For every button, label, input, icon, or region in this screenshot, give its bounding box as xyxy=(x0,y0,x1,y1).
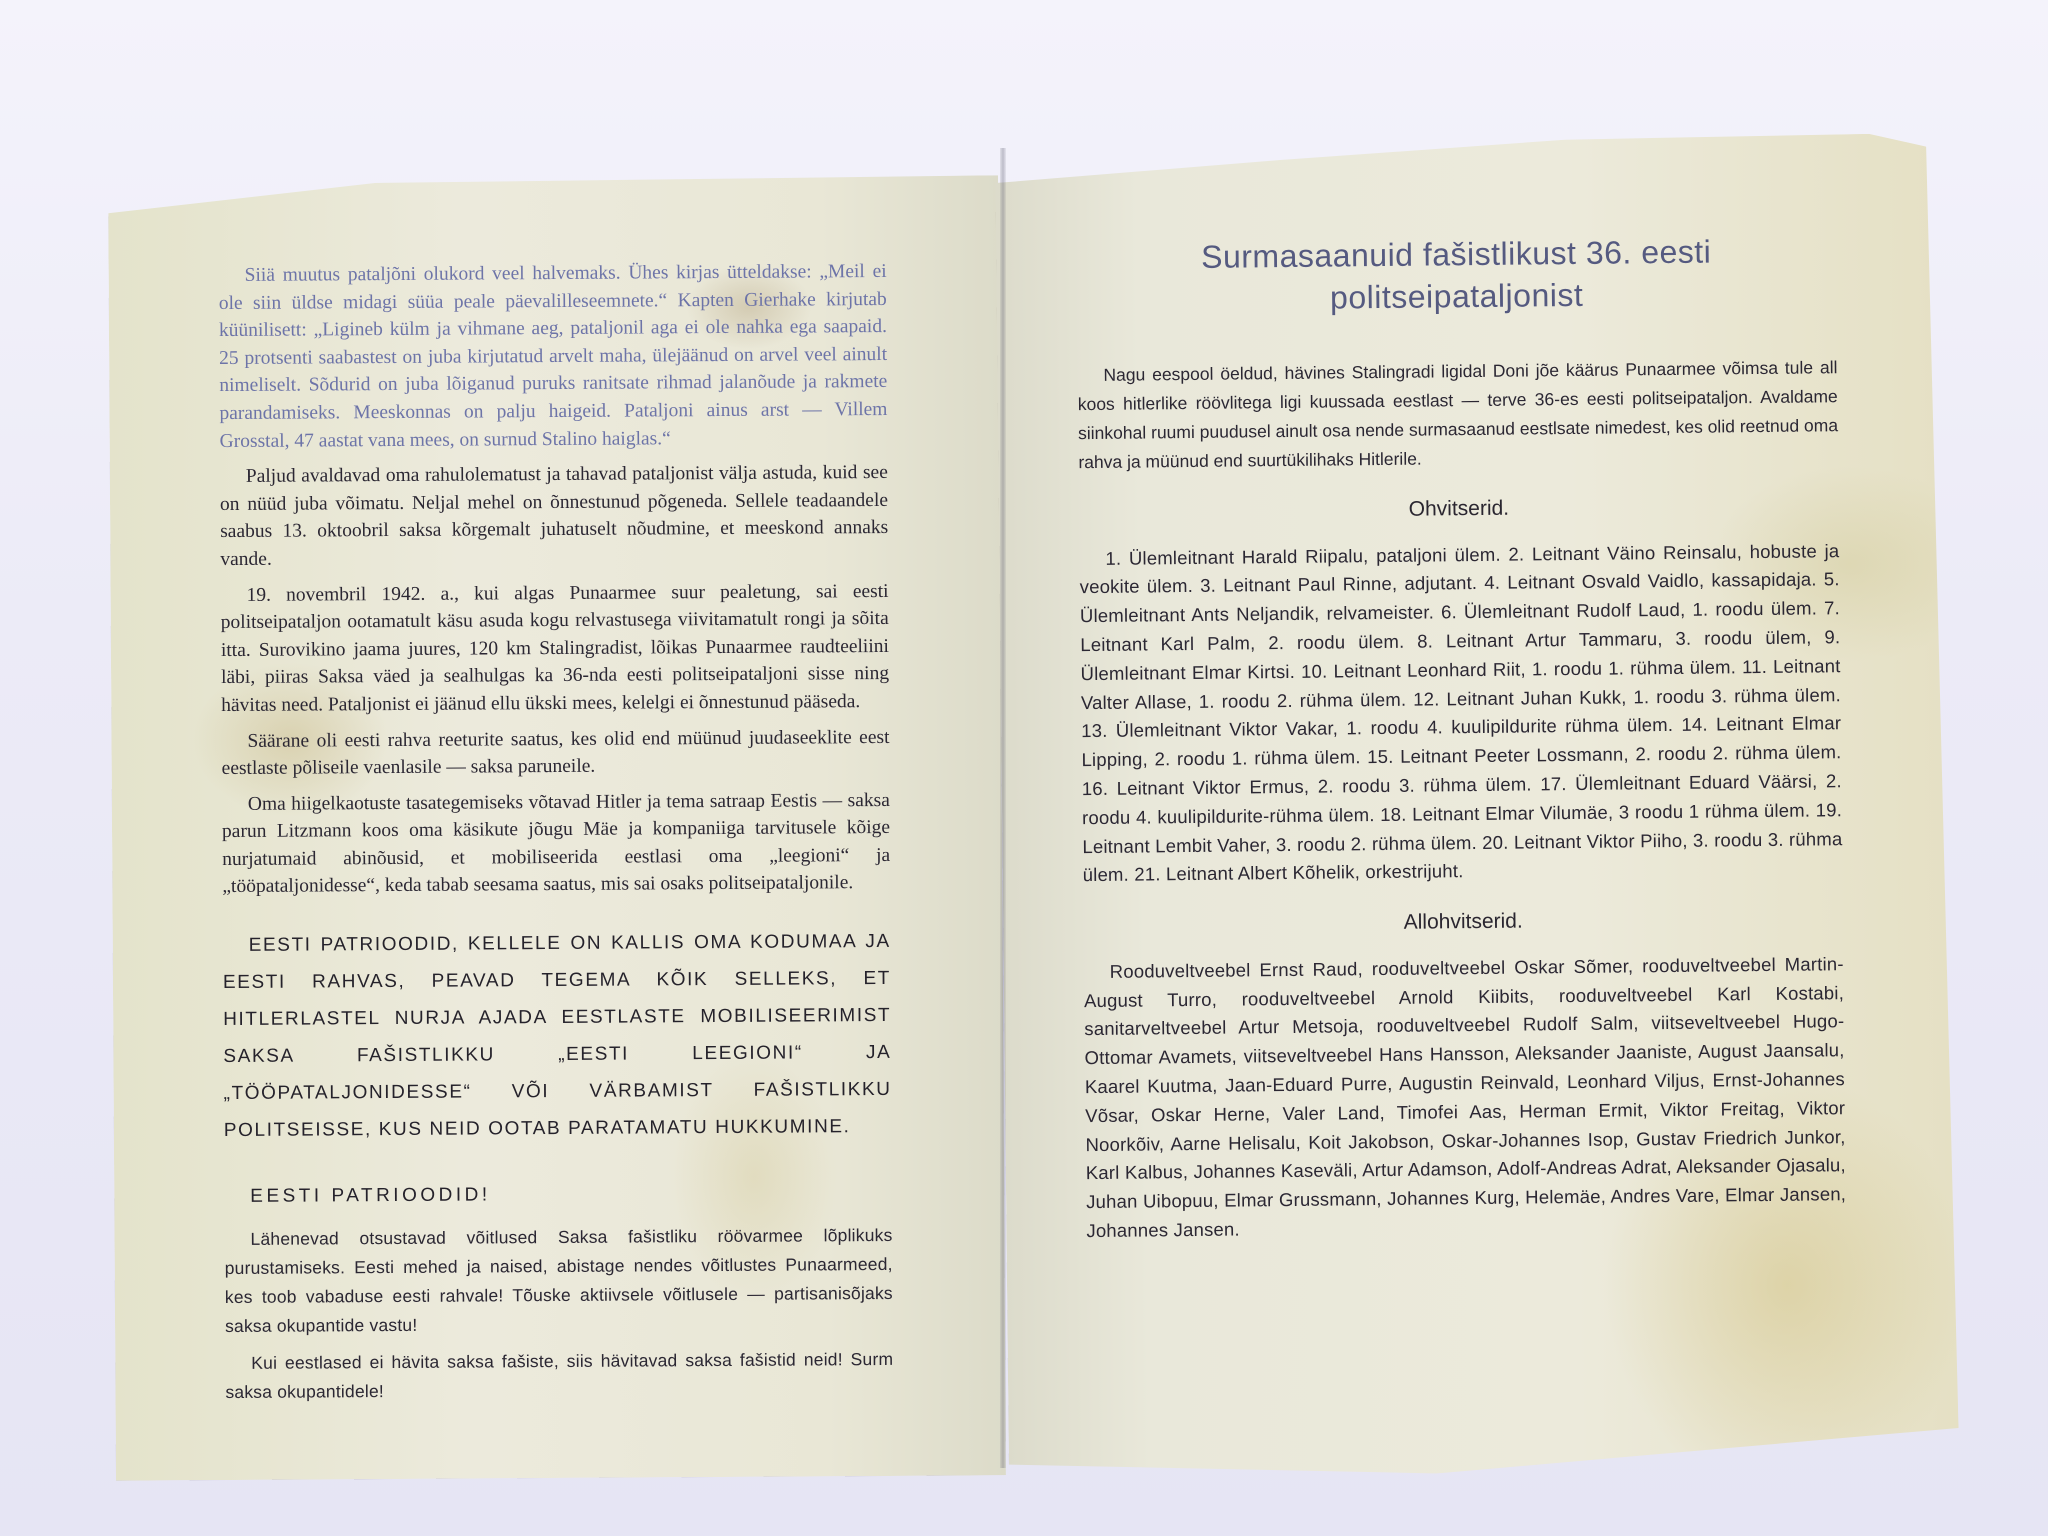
right-page-body: Surmasaanuid fašistlikust 36. eesti poli… xyxy=(1076,229,1847,1254)
caps-appeal-paragraph: EESTI PATRIOODID, KELLELE ON KALLIS OMA … xyxy=(223,923,892,1149)
appeal-heading: EESTI PATRIOODID! xyxy=(250,1179,892,1211)
nco-list: Rooduveltveebel Ernst Raud, rooduveltvee… xyxy=(1084,950,1847,1246)
intro-paragraph: Nagu eespool öeldud, hävines Stalingradi… xyxy=(1077,353,1838,477)
appeal-closing: Kui eestlased ei hävita saksa fašiste, s… xyxy=(225,1345,893,1407)
appeal-paragraph: Lähenevad otsustavad võitlused Saksa faš… xyxy=(224,1221,893,1341)
paragraph-battalion-conditions: Siiä muutus pataljõni olukord veel halve… xyxy=(219,258,888,455)
leaflet-spread: Siiä muutus pataljõni olukord veel halve… xyxy=(112,138,1952,1483)
officers-list: 1. Ülemleitnant Harald Riipalu, pataljon… xyxy=(1079,537,1843,891)
paragraph-mobilization: Oma hiigelkaotuste tasategemiseks võtava… xyxy=(222,787,891,901)
officers-heading: Ohvitserid. xyxy=(1079,491,1839,527)
paragraph-destruction: 19. novembril 1942. a., kui algas Punaar… xyxy=(220,578,889,720)
right-page: Surmasaanuid fašistlikust 36. eesti poli… xyxy=(995,133,1959,1478)
paragraph-traitors-fate: Säärane oli eesti rahva reeturite saatus… xyxy=(221,723,889,782)
left-page-body: Siiä muutus pataljõni olukord veel halve… xyxy=(219,258,894,1415)
paragraph-dissatisfaction: Paljud avaldavad oma rahulolematust ja t… xyxy=(220,459,889,573)
nco-heading: Allohvitserid. xyxy=(1083,904,1843,940)
title-line-2: politseipataljonist xyxy=(1076,271,1836,321)
page-title: Surmasaanuid fašistlikust 36. eesti poli… xyxy=(1076,229,1837,321)
left-page: Siiä muutus pataljõni olukord veel halve… xyxy=(108,175,1006,1480)
center-fold xyxy=(1000,148,1006,1468)
